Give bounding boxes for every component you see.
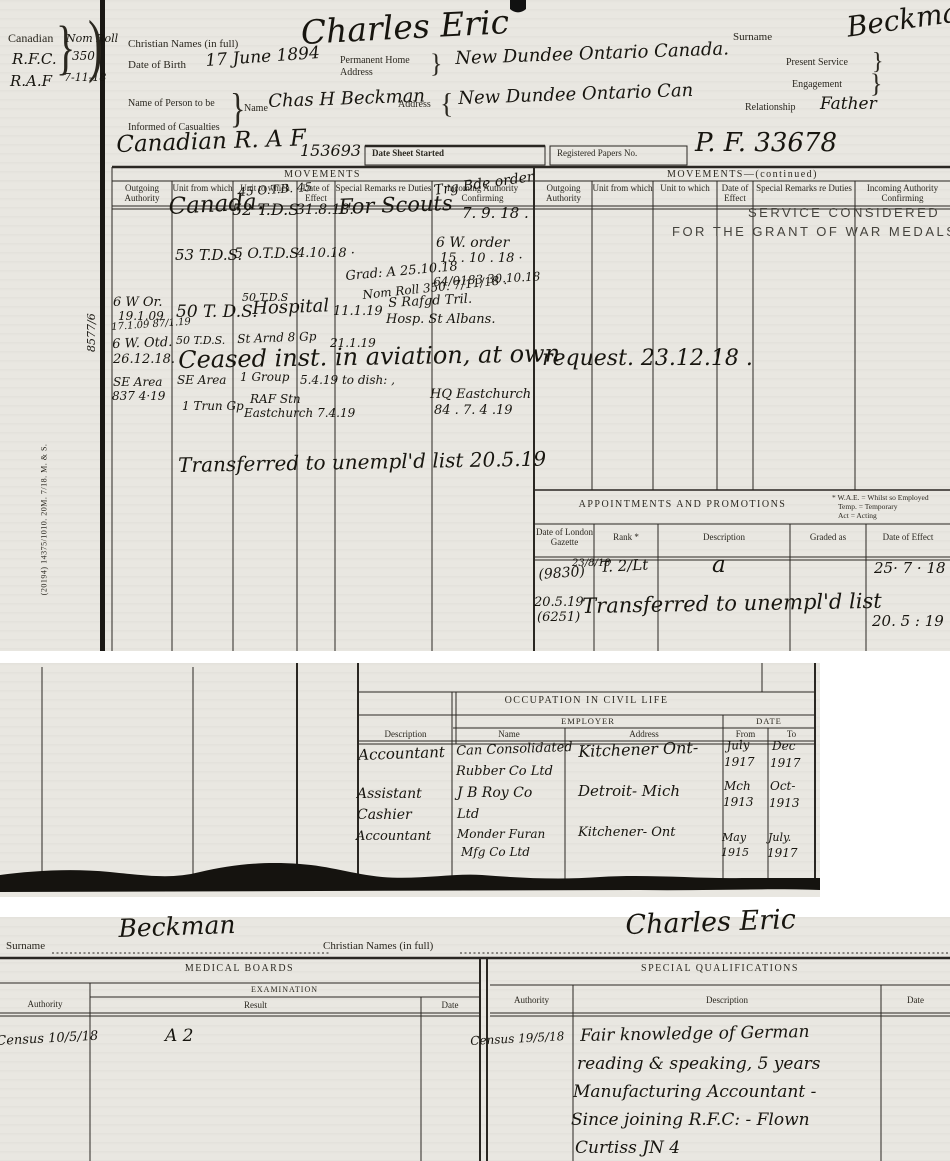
medical-col-authority: Authority [0, 1000, 90, 1010]
occ-r3-address: Kitchener- Ont [578, 826, 676, 839]
qual-r1-line-4: Since joining R.F.C: - Flown [571, 1112, 810, 1129]
mv-r4-outgoing-1: 6 W. Otd. [112, 336, 173, 351]
occ-r2-to-month: Oct- [770, 780, 795, 792]
margin-raf-label: R.A.F [10, 74, 52, 89]
movements-cont-col-from: Unit from which [592, 184, 653, 194]
person-informed-label-1: Name of Person to be [128, 98, 215, 109]
pf-number-value: P. F. 33678 [695, 130, 837, 156]
occ-r1-to-year: 1917 [770, 757, 801, 769]
medical-r1-result: A 2 [165, 1028, 194, 1045]
occ-r1-description: Accountant [358, 745, 445, 763]
appointments-col-gazette: Date of London Gazette [535, 528, 594, 548]
qualifications-col-description: Description [573, 996, 881, 1006]
occ-r2-from-month: Mch [724, 780, 751, 792]
mv-r7-incoming-1: HQ Eastchurch [430, 388, 531, 401]
appointments-legend-2: Temp. = Temporary [838, 503, 897, 511]
medical-col-date: Date [421, 1001, 479, 1011]
permanent-home-label-2: Address [340, 67, 373, 78]
occ-r2-employer-2: Ltd [457, 808, 479, 821]
date-of-birth-label: Date of Birth [128, 59, 186, 71]
occupation-date-band: DATE [723, 717, 815, 726]
mv-r3-remarks-2: Hosp. St Albans. [386, 313, 495, 326]
movements-cont-col-outgoing: Outgoing Authority [535, 184, 592, 204]
mv-r3-date: 11.1.19 [333, 305, 383, 318]
margin-brace: } [56, 21, 75, 75]
present-service-label: Present Service [786, 57, 848, 68]
movements-cont-col-date: Date of Effect [717, 184, 753, 204]
occ-r2-address: Detroit- Mich [578, 784, 680, 799]
margin-paren: ) [88, 14, 103, 77]
registered-papers-label: Registered Papers No. [557, 149, 637, 159]
occ-r3-to-month: July. [768, 832, 791, 843]
occ-r1-employer-1: Can Consolidated [456, 741, 573, 758]
footer-christian-label: Christian Names (in full) [323, 940, 433, 952]
christian-names-value: Charles Eric [300, 5, 510, 49]
appt-r2-gazette-2: (6251) [537, 611, 580, 624]
occ-r3-to-year: 1917 [767, 847, 798, 859]
war-medals-stamp-line1: SERVICE CONSIDERED [748, 205, 940, 220]
mv-r4-unit-to: St Arnd 8 Gp [237, 330, 317, 345]
permanent-home-label: Permanent Home [340, 55, 410, 66]
mv-r4-outgoing-2: 26.12.18. [113, 353, 175, 366]
mv-r6-unit-to-1: 1 Group [240, 371, 289, 383]
appointments-col-rank: Rank * [594, 533, 658, 543]
appointments-title: APPOINTMENTS AND PROMOTIONS [535, 499, 830, 510]
movements-cont-title: MOVEMENTS—(continued) [535, 169, 950, 180]
mv-r5-ceased-text: Ceased inst. in aviation, at own [178, 341, 560, 372]
appointments-legend-1: * W.A.E. = Whilst so Employed [832, 494, 929, 502]
occ-r2-employer-1: J B Roy Co [457, 786, 532, 800]
relationship-label: Relationship [745, 102, 796, 113]
movements-col-outgoing: Outgoing Authority [112, 184, 172, 204]
mv-r5-ceased-cont: request. 23.12.18 . [542, 348, 753, 370]
mv-r2-incoming-1: 6 W. order [436, 236, 509, 250]
mv-r6-outgoing-2: 837 4·19 [112, 390, 165, 402]
appt-r2-date: 20. 5 : 19 [872, 614, 944, 629]
date-sheet-started-label: Date Sheet Started [372, 149, 444, 159]
qual-r1-line-2: reading & speaking, 5 years [577, 1056, 820, 1073]
surname-label: Surname [733, 31, 772, 43]
qualifications-col-date: Date [881, 996, 950, 1006]
occ-r2-to-year: 1913 [769, 797, 800, 809]
occupation-col-address: Address [565, 730, 723, 740]
appt-r2-gazette-1: 20.5.19 [534, 596, 584, 609]
mv-r6-unit-from: SE Area [177, 374, 226, 386]
occ-r3-from-year: 1915 [721, 847, 749, 858]
appt-r1-rank: T. 2/Lt [600, 557, 649, 574]
relationship-value: Father [820, 96, 877, 113]
margin-nationality-label: Canadian [8, 32, 53, 45]
mv-r6-unit-to-2: 5.4.19 to dish: , [300, 374, 395, 386]
engagement-label: Engagement [792, 79, 842, 90]
occ-r2-from-year: 1913 [723, 796, 754, 808]
medical-boards-title: MEDICAL BOARDS [0, 963, 479, 974]
mv-r3-unit-to: Hospital [252, 297, 329, 318]
medical-col-result: Result [90, 1001, 421, 1011]
service-record-page: Canadian R.F.C. R.A.F } Nom Roll 350 7-1… [0, 0, 950, 1161]
footer-surname-label: Surname [6, 940, 45, 952]
movements-cont-col-incoming: Incoming Authority Confirming [855, 184, 950, 204]
appointments-col-description: Description [658, 533, 790, 543]
appt-r1-date: 25· 7 · 18 [874, 561, 946, 576]
nok-address-label: Address [398, 99, 431, 110]
mv-r7-incoming-2: 84 . 7. 4 .19 [434, 404, 513, 417]
mv-r3-unit-from: 50 T. D.S. [176, 304, 258, 321]
footer-christian-value: Charles Eric [625, 906, 796, 939]
occ-r3-from-month: May [722, 832, 746, 843]
occupation-col-description: Description [358, 730, 453, 740]
occ-r1-from-month: July [726, 738, 750, 752]
occ-r1-to-month: Dec [772, 740, 795, 752]
form-print-code: (20194) 14375/1010. 20M. 7/18. M. & S. [41, 419, 50, 619]
footer-surname-value: Beckman [118, 912, 236, 941]
movements-cont-col-remarks: Special Remarks re Duties [753, 184, 855, 194]
margin-scribble: 8577/6 [86, 313, 97, 352]
nok-name-label: Name [244, 103, 268, 114]
occ-r2-description-1: Assistant [357, 787, 422, 801]
qual-r1-line-1: Fair knowledge of German [580, 1024, 810, 1045]
occupation-col-name: Name [453, 730, 565, 740]
war-medals-stamp-line2: FOR THE GRANT OF WAR MEDALS [672, 224, 950, 239]
occ-r1-employer-2: Rubber Co Ltd [456, 765, 553, 778]
service-number-value: 153693 [300, 143, 361, 159]
permanent-home-brace: } [430, 52, 442, 75]
christian-names-label: Christian Names (in full) [128, 38, 238, 50]
occ-r2-description-2: Cashier [357, 808, 412, 822]
mv-r6-outgoing-1: SE Area [113, 376, 162, 388]
mv-r2-date: 4.10.18 · [297, 247, 355, 260]
appointments-legend-3: Act = Acting [838, 512, 877, 520]
appt-r2-description: Transferred to unempl'd list [582, 591, 882, 617]
mv-r1-incoming-2: 7. 9. 18 . [462, 206, 529, 221]
occ-r3-employer-1: Monder Furan [457, 828, 545, 840]
occ-r1-from-year: 1917 [724, 756, 755, 768]
occupation-employer-band: EMPLOYER [453, 717, 723, 726]
mv-r3-outgoing-1: 6 W Or. [113, 296, 162, 309]
movements-cont-col-to: Unit to which [653, 184, 717, 194]
nok-address-brace: { [440, 92, 453, 117]
appt-r1-description: a [712, 554, 726, 577]
occupation-title: OCCUPATION IN CIVIL LIFE [358, 695, 815, 706]
qual-r1-line-3: Manufacturing Accountant - [573, 1084, 816, 1101]
margin-rfc-label: R.F.C. [12, 52, 57, 67]
mv-r2-unit-from: 53 T.D.S. [175, 248, 242, 263]
mv-r8-transferred-text: Transferred to unempl'd list 20.5.19 [178, 449, 546, 475]
mv-r7-unit-to-2: Eastchurch 7.4.19 [244, 407, 355, 419]
appointments-col-graded: Graded as [790, 533, 866, 543]
occ-r1-address: Kitchener Ont- [578, 740, 698, 760]
medical-examination-band: EXAMINATION [90, 986, 479, 995]
qual-r1-line-5: Curtiss JN 4 [575, 1140, 680, 1157]
mv-r1-unit-to: 52 T.D.S [232, 202, 299, 218]
appointments-col-date: Date of Effect [866, 533, 950, 543]
mv-r2-unit-to: 5 O.T.D.S [234, 247, 299, 261]
engagement-brace: } [870, 72, 882, 95]
occ-r3-description: Accountant [356, 830, 431, 843]
qualifications-col-authority: Authority [490, 996, 573, 1006]
qualifications-title: SPECIAL QUALIFICATIONS [490, 963, 950, 974]
mv-r7-unit-from: 1 Trun Gp [182, 400, 244, 412]
occ-r3-employer-2: Mfg Co Ltd [461, 846, 530, 858]
mv-r7-unit-to-1: RAF Stn [250, 393, 301, 405]
